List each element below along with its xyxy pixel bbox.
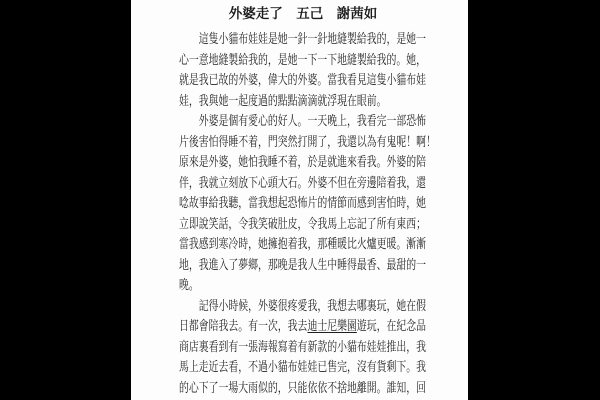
text-line: 片後害怕得睡不着，門突然打開了，我還以為有鬼呢！啊！	[179, 132, 367, 153]
text-line: 原來是外婆，她怕我睡不着，於是就進來看我。外婆的陪	[179, 152, 367, 173]
text-segment: 遊玩，在紀念品	[357, 318, 426, 333]
document-content: 外婆走了 五己 謝茜如 這隻小貓布娃娃是她一針一針地縫製給我的，是她一心一意地縫…	[179, 4, 427, 398]
document-page: 外婆走了 五己 謝茜如 這隻小貓布娃娃是她一針一針地縫製給我的，是她一心一意地縫…	[131, 0, 468, 400]
text-line: 心一意地縫製給我的，是她一下一下地縫製給我的。她，	[179, 50, 367, 71]
text-line: 的心下了一場大雨似的，只能依依不捨地離開。誰知，回	[179, 378, 367, 399]
text-line: 當我感到寒冷時，她擁抱着我，那種暖比火爐更暖。漸漸	[179, 234, 367, 255]
text-line: 地，我進入了夢鄉，那晚是我人生中睡得最香、最甜的一	[179, 255, 367, 276]
text-line: 晚。	[179, 275, 367, 296]
text-line: 唸故事給我聽，當我想起恐怖片的情節而感到害怕時，她	[179, 193, 367, 214]
text-line: 外婆是個有愛心的好人。一天晚上，我看完一部恐怖	[179, 111, 367, 132]
text-line: 伴，我就立刻放下心頭大石。外婆不但在旁邊陪着我，還	[179, 173, 367, 194]
text-line: 商店裏看到有一張海報寫着有新款的小貓布娃娃推出，我	[179, 337, 367, 358]
document-title: 外婆走了 五己 謝茜如	[179, 4, 427, 24]
text-segment: 日都會陪我去。有一次，我去	[179, 318, 307, 333]
text-line: 就是我已故的外婆，偉大的外婆。當我看見這隻小貓布娃	[179, 70, 367, 91]
text-line: 立即說笑話，令我笑破肚皮，令我馬上忘記了所有東西；	[179, 214, 367, 235]
text-line: 日都會陪我去。有一次，我去迪士尼樂園遊玩，在紀念品	[179, 316, 367, 337]
proper-noun-underline: 迪士尼樂園	[307, 318, 356, 333]
text-line: 娃，我與她一起度過的點點滴滴就浮現在眼前。	[179, 91, 367, 112]
text-line: 記得小時候，外婆很疼愛我，我想去哪裏玩，她在假	[179, 296, 367, 317]
document-body: 這隻小貓布娃娃是她一針一針地縫製給我的，是她一心一意地縫製給我的，是她一下一下地…	[179, 29, 427, 398]
text-line: 這隻小貓布娃娃是她一針一針地縫製給我的，是她一	[179, 29, 367, 50]
text-line: 馬上走近去看，不過小貓布娃娃已售完，沒有貨剩下。我	[179, 357, 367, 378]
